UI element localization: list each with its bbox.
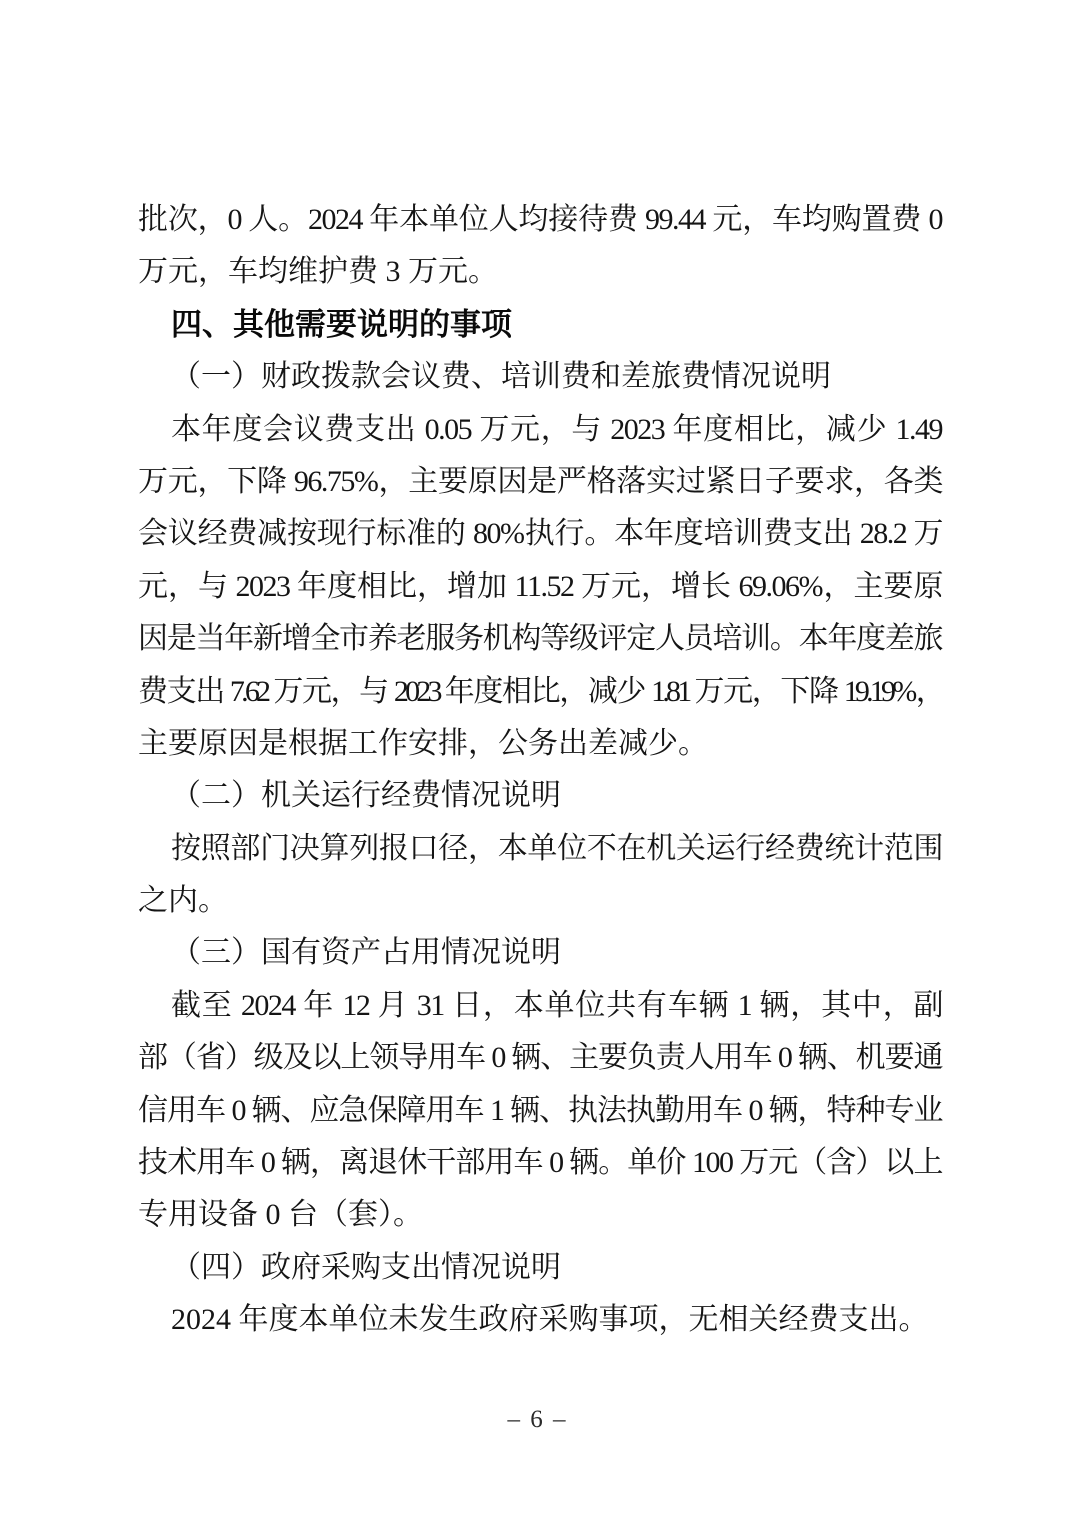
body-line: 专用设备 0 台（套）。 [138, 1189, 942, 1241]
body-line: 本年度会议费支出 0.05 万元，与 2023 年度相比，减少 1.49 [138, 404, 942, 456]
document-body: 批次，0 人。2024 年本单位人均接待费 99.44 元，车均购置费 0 万元… [138, 194, 942, 1347]
subsection-title-3: （三）国有资产占用情况说明 [138, 927, 942, 979]
body-line: 万元，车均维护费 3 万元。 [138, 246, 942, 298]
page-number: – 6 – [0, 1406, 1075, 1434]
body-line: 信用车 0 辆、应急保障用车 1 辆、执法执勤用车 0 辆，特种专业 [138, 1085, 942, 1137]
body-line: 会议经费减按现行标准的 80%执行。本年度培训费支出 28.2 万 [138, 508, 942, 560]
body-line: 按照部门决算列报口径，本单位不在机关运行经费统计范围 [138, 823, 942, 875]
section-heading: 四、其他需要说明的事项 [138, 299, 942, 351]
subsection-title-1: （一）财政拨款会议费、培训费和差旅费情况说明 [138, 351, 942, 403]
subsection-title-4: （四）政府采购支出情况说明 [138, 1242, 942, 1294]
body-line: 技术用车 0 辆，离退休干部用车 0 辆。单价 100 万元（含）以上 [138, 1137, 942, 1189]
body-line: 因是当年新增全市养老服务机构等级评定人员培训。本年度差旅 [138, 613, 942, 665]
body-line: 主要原因是根据工作安排，公务出差减少。 [138, 718, 942, 770]
body-line: 元，与 2023 年度相比，增加 11.52 万元，增长 69.06%，主要原 [138, 561, 942, 613]
body-line: 之内。 [138, 875, 942, 927]
document-page: 批次，0 人。2024 年本单位人均接待费 99.44 元，车均购置费 0 万元… [0, 0, 1075, 1520]
body-line: 部（省）级及以上领导用车 0 辆、主要负责人用车 0 辆、机要通 [138, 1032, 942, 1084]
body-line: 截至 2024 年 12 月 31 日，本单位共有车辆 1 辆，其中，副 [138, 980, 942, 1032]
body-line: 2024 年度本单位未发生政府采购事项，无相关经费支出。 [138, 1294, 942, 1346]
subsection-title-2: （二）机关运行经费情况说明 [138, 770, 942, 822]
body-line: 费支出 7.62 万元，与 2023 年度相比，减少 1.81 万元，下降 19… [138, 666, 942, 718]
body-line: 万元，下降 96.75%，主要原因是严格落实过紧日子要求，各类 [138, 456, 942, 508]
body-line: 批次，0 人。2024 年本单位人均接待费 99.44 元，车均购置费 0 [138, 194, 942, 246]
